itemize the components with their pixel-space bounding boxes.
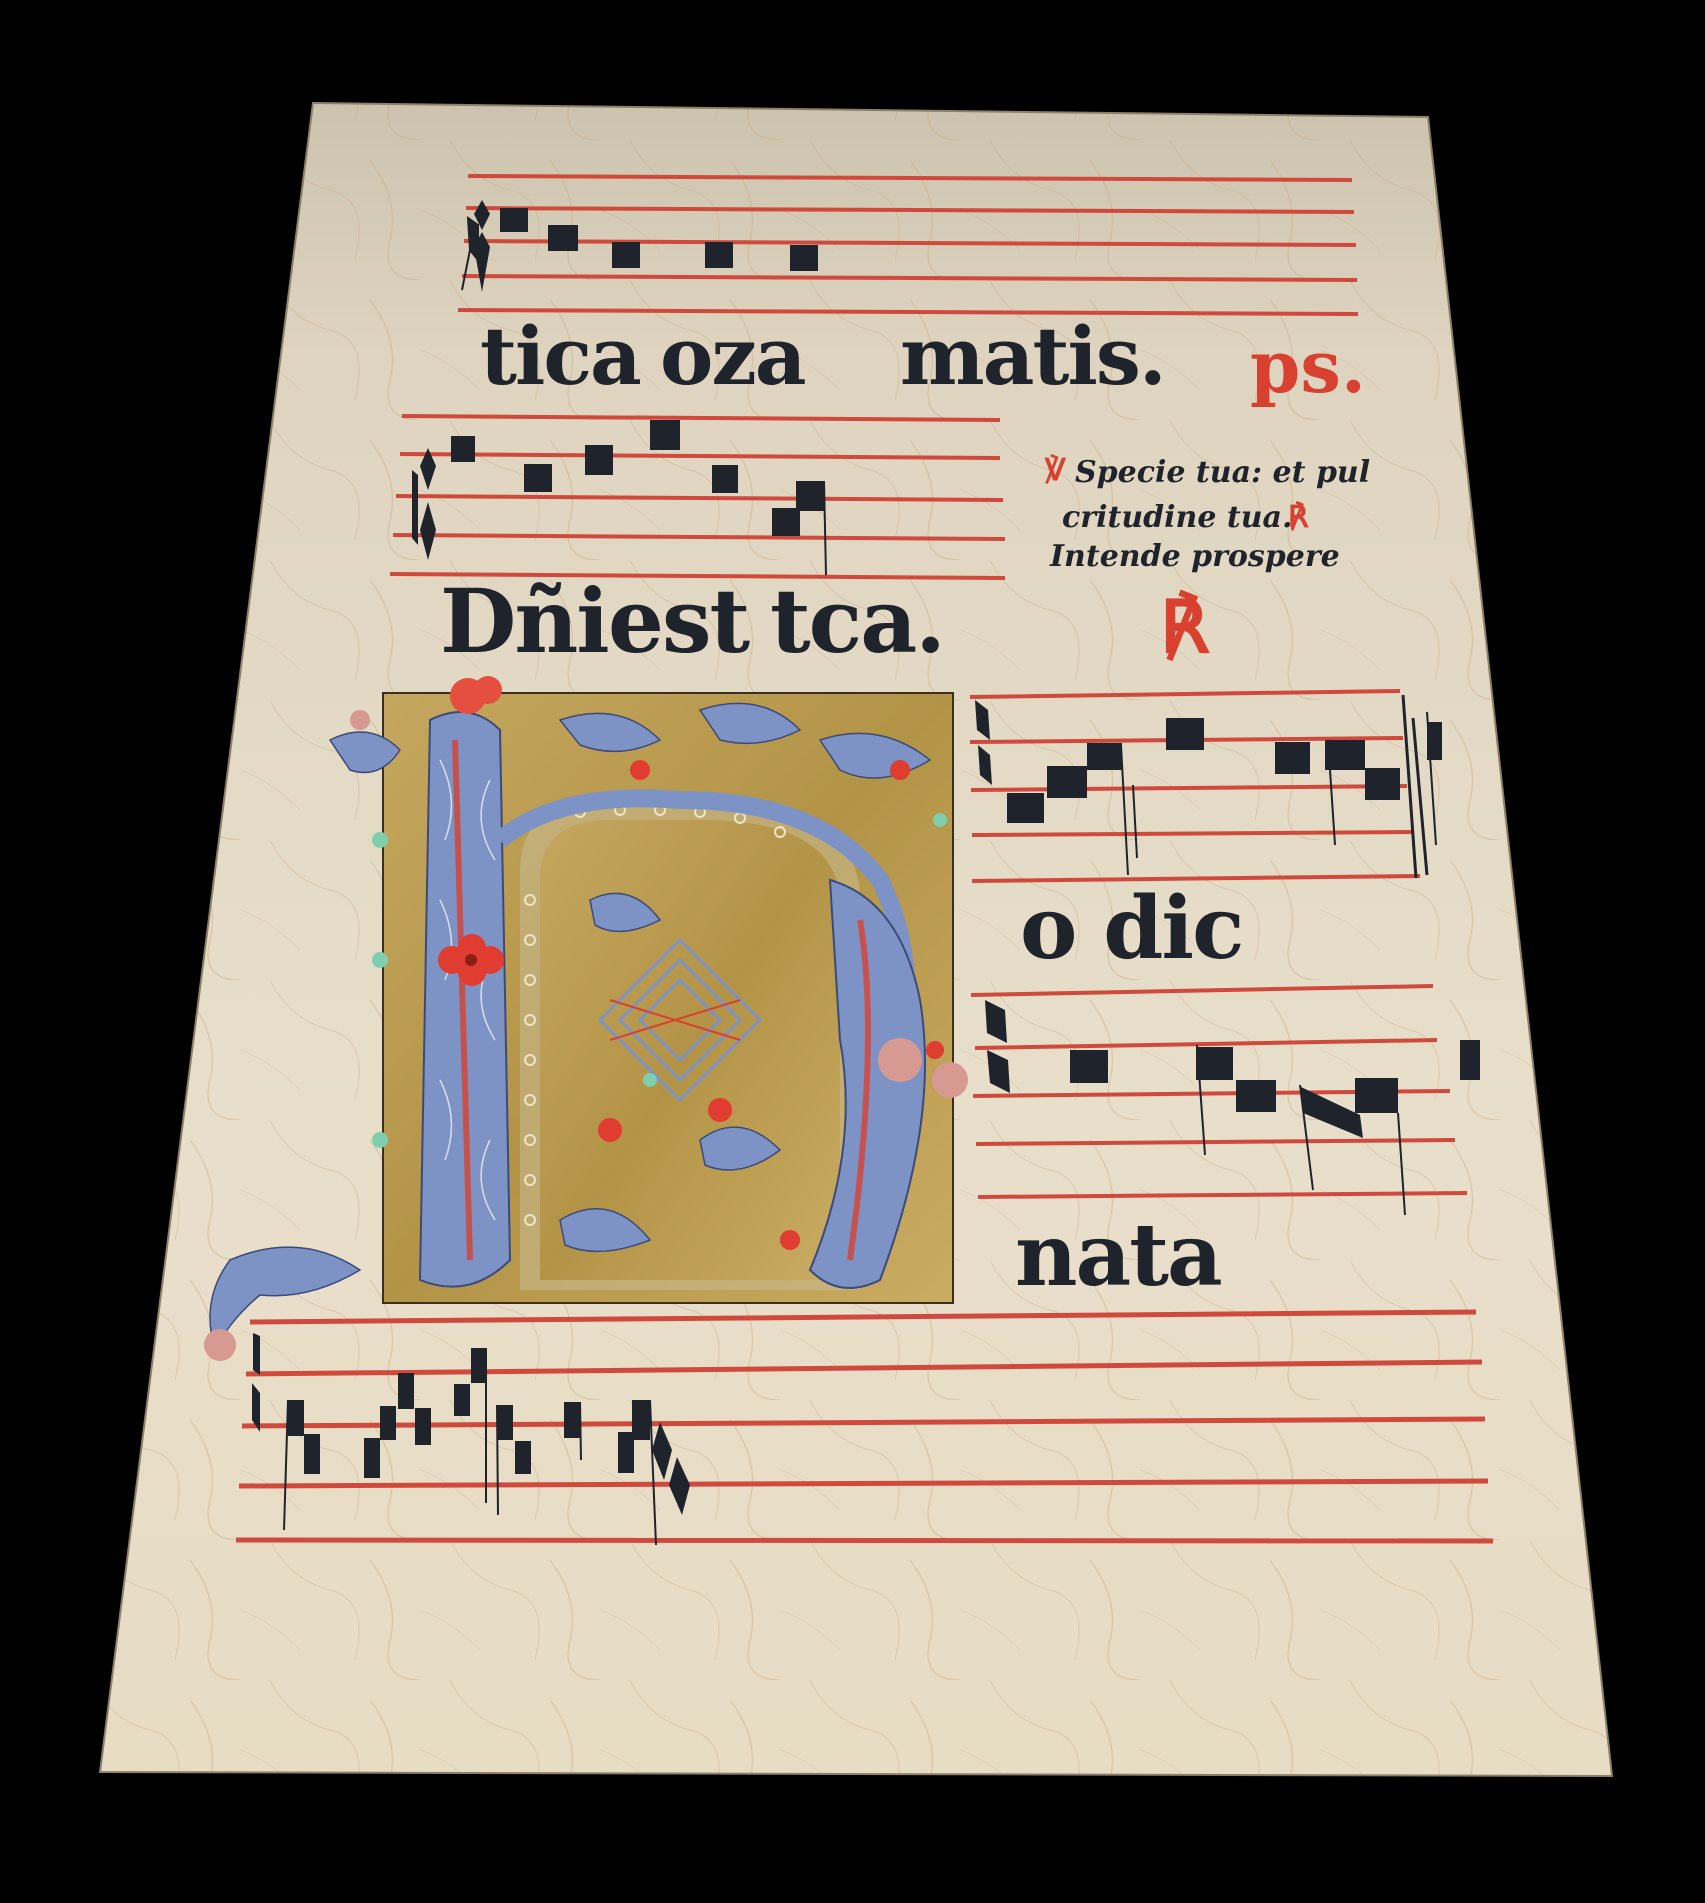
lyric-word: est xyxy=(608,569,751,673)
psalm-rubric: ps. xyxy=(1250,324,1366,409)
lyric-word: tca. xyxy=(770,569,944,673)
versicle-line-1: Specie tua: et pul xyxy=(1075,455,1370,490)
response-marker-large: ℟ xyxy=(1160,584,1210,669)
lyrics-line-4: nata xyxy=(1015,1205,1221,1306)
manuscript-photo: tica oza matis. ps. Dñi est tca. ℣ Speci… xyxy=(0,0,1705,1903)
lyrics-line-2: Dñi est tca. xyxy=(440,569,944,673)
lyrics-line-3: o dic xyxy=(1020,878,1242,979)
c-clef-icon xyxy=(412,470,418,545)
lyric-word: nata xyxy=(1015,1205,1221,1306)
lyric-word: tica xyxy=(480,309,640,403)
lyric-word: matis. xyxy=(900,309,1165,403)
lyric-word: oza xyxy=(660,309,805,403)
versicle-line-3: Intende prospere xyxy=(1049,539,1340,574)
lyric-word: o dic xyxy=(1020,878,1242,979)
lyric-word: Dñi xyxy=(440,569,608,673)
versicle-marker: ℣ xyxy=(1044,453,1067,488)
response-marker-small: ℟ xyxy=(1288,500,1309,535)
versicle-line-2: critudine tua. xyxy=(1062,500,1292,535)
